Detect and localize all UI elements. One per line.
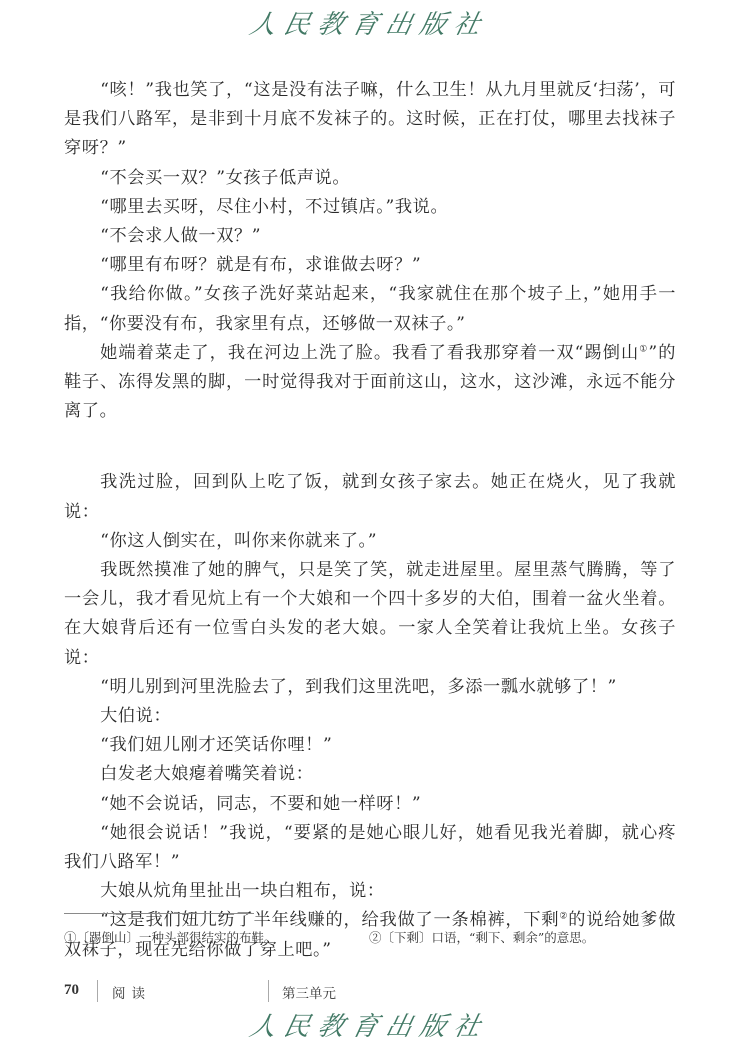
paragraph: “哪里去买呀，尽住小村，不过镇店。”我说。 — [64, 193, 676, 222]
paragraph: 她端着菜走了，我在河边上洗了脸。我看了看我那穿着一双“踢倒山①”的鞋子、冻得发黑… — [64, 339, 676, 427]
footer-divider — [268, 980, 269, 1002]
article-body: “咳！”我也笑了，“这是没有法子嘛，什么卫生！从九月里就反‘扫荡’，可是我们八路… — [64, 76, 676, 965]
page-footer: 70 阅读 第三单元 — [0, 980, 739, 1004]
publisher-watermark-bottom: 人民教育出版社 — [0, 1006, 739, 1043]
paragraph: “不会求人做一双？” — [64, 222, 676, 251]
paragraph: “我们妞儿刚才还笑话你哩！” — [64, 731, 676, 760]
footnote-1: ①〔踢倒山〕一种头部很结实的布鞋。 — [64, 928, 277, 946]
paragraph: “不会买一双？”女孩子低声说。 — [64, 164, 676, 193]
paragraph: “她不会说话，同志，不要和她一样呀！” — [64, 790, 676, 819]
unit-label: 第三单元 — [282, 982, 336, 1002]
paragraph: 白发老大娘瘪着嘴笑着说： — [64, 760, 676, 789]
paragraph: 大娘从炕角里扯出一块白粗布，说： — [64, 877, 676, 906]
publisher-watermark-top: 人民教育出版社 — [0, 4, 739, 41]
paragraph: “明儿别到河里洗脸去了，到我们这里洗吧，多添一瓢水就够了！” — [64, 673, 676, 702]
section-label: 阅读 — [112, 982, 151, 1002]
paragraph: “她很会说话！”我说，“要紧的是她心眼儿好，她看见我光着脚，就心疼我们八路军！” — [64, 819, 676, 877]
paragraph: “你这人倒实在，叫你来你就来了。” — [64, 527, 676, 556]
paragraph: 我既然摸准了她的脾气，只是笑了笑，就走进屋里。屋里蒸气腾腾，等了一会儿，我才看见… — [64, 556, 676, 673]
paragraph: “我给你做。”女孩子洗好菜站起来，“我家就住在那个坡子上，”她用手一指，“你要没… — [64, 280, 676, 338]
footnote-divider — [64, 913, 254, 914]
page-number: 70 — [64, 982, 79, 999]
paragraph-text: 她端着菜走了，我在河边上洗了脸。我看了看我那穿着一双“踢倒山 — [100, 343, 639, 363]
paragraph: “咳！”我也笑了，“这是没有法子嘛，什么卫生！从九月里就反‘扫荡’，可是我们八路… — [64, 76, 676, 164]
paragraph: 我洗过脸，回到队上吃了饭，就到女孩子家去。她正在烧火，见了我就说： — [64, 468, 676, 526]
footnote-2: ②〔下剩〕口语，“剩下、剩余”的意思。 — [369, 928, 594, 946]
paragraph: 大伯说： — [64, 702, 676, 731]
footer-divider — [97, 980, 98, 1002]
footnote-ref-2[interactable]: ② — [559, 912, 568, 922]
footnote-ref-1[interactable]: ① — [639, 344, 648, 354]
paragraph: “哪里有布呀？就是有布，求谁做去呀？” — [64, 251, 676, 280]
section-break — [64, 426, 676, 468]
